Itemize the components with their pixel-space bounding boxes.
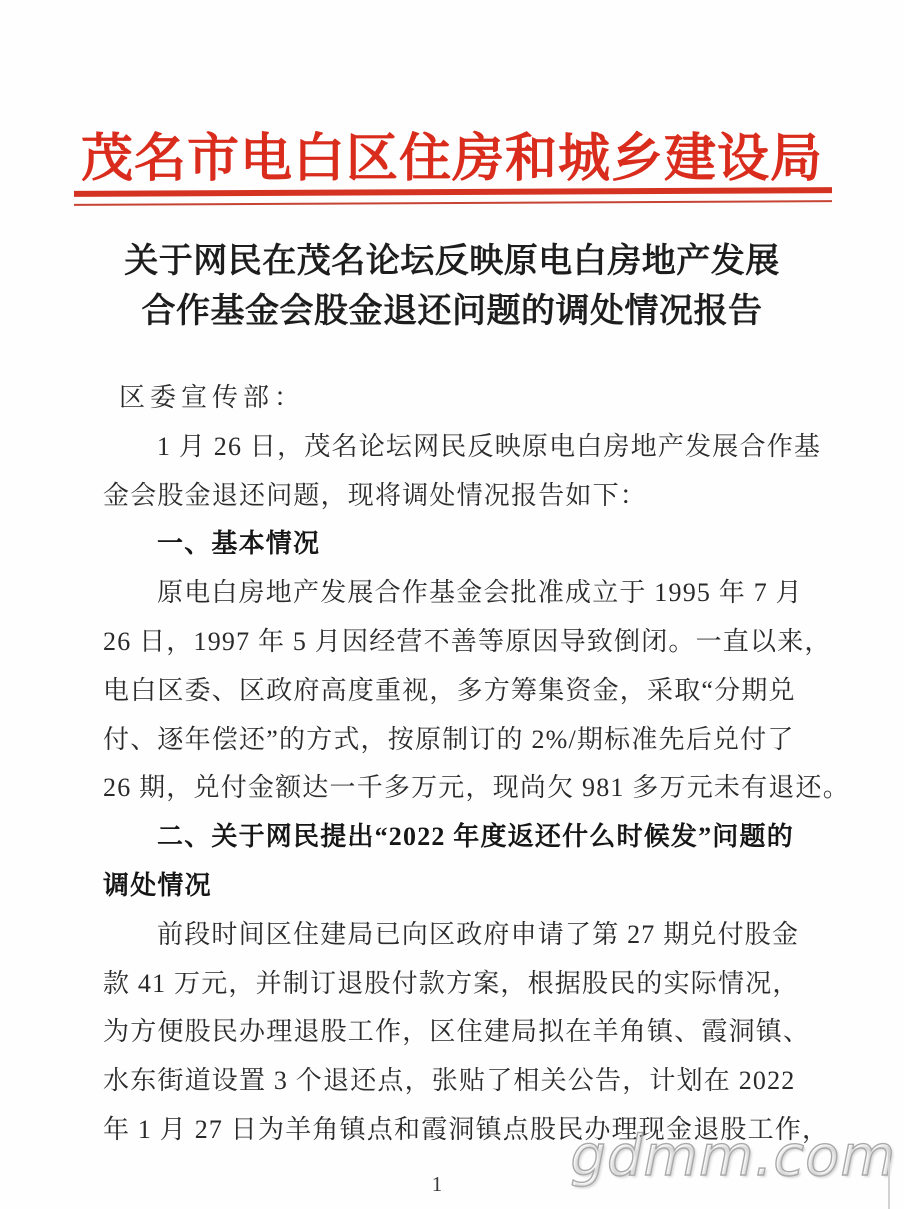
letterhead-rule-thin bbox=[74, 200, 832, 206]
page-number: 1 bbox=[0, 1172, 874, 1197]
body-line: 款 41 万元，并制订退股付款方案，根据股民的实际情况， bbox=[103, 960, 820, 1009]
letterhead-agency-name: 茂名市电白区住房和城乡建设局 bbox=[0, 116, 904, 191]
body-line: 水东街道设置 3 个退还点，张贴了相关公告，计划在 2022 bbox=[103, 1057, 820, 1106]
section-heading-1: 一、基本情况 bbox=[103, 520, 820, 569]
body-line: 26 期，兑付金额达一千多万元，现尚欠 981 多万元未有退还。 bbox=[103, 764, 820, 813]
section-heading-2: 二、关于网民提出“2022 年度返还什么时候发”问题的 bbox=[103, 813, 820, 862]
document-title: 关于网民在茂名论坛反映原电白房地产发展合作基金会股金退还问题的调处情况报告 bbox=[0, 237, 904, 337]
body-line: 原电白房地产发展合作基金会批准成立于 1995 年 7 月 bbox=[103, 569, 820, 618]
scan-artifact-line bbox=[888, 1147, 890, 1209]
document-title-line2: 合作基金会股金退还问题的调处情况报告 bbox=[142, 293, 763, 330]
scanned-document-page: 茂名市电白区住房和城乡建设局 关于网民在茂名论坛反映原电白房地产发展合作基金会股… bbox=[0, 0, 904, 1209]
section-heading-2-cont: 调处情况 bbox=[103, 862, 820, 911]
body-line: 26 日，1997 年 5 月因经营不善等原因导致倒闭。一直以来， bbox=[103, 618, 820, 667]
body-line: 为方便股民办理退股工作，区住建局拟在羊角镇、霞洞镇、 bbox=[103, 1008, 820, 1057]
body-line: 付、逐年偿还”的方式，按原制订的 2%/期标准先后兑付了 bbox=[103, 716, 820, 765]
body-line: 1 月 26 日，茂名论坛网民反映原电白房地产发展合作基 bbox=[103, 423, 820, 472]
salutation-line: 区委宣传部： bbox=[103, 374, 820, 423]
body-line: 前段时间区住建局已向区政府申请了第 27 期兑付股金 bbox=[103, 911, 820, 960]
document-body: 区委宣传部： 1 月 26 日，茂名论坛网民反映原电白房地产发展合作基 金会股金… bbox=[103, 374, 820, 1155]
body-line: 金会股金退还问题，现将调处情况报告如下： bbox=[103, 472, 820, 521]
body-line: 电白区委、区政府高度重视，多方筹集资金，采取“分期兑 bbox=[103, 667, 820, 716]
document-title-line1: 关于网民在茂名论坛反映原电白房地产发展 bbox=[124, 243, 780, 280]
